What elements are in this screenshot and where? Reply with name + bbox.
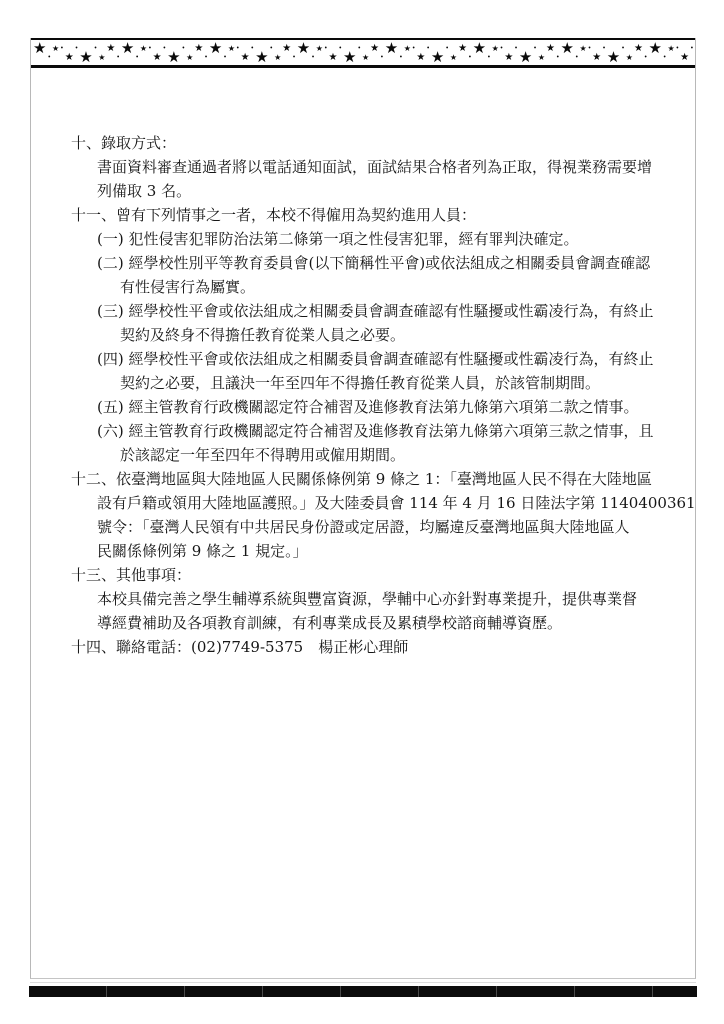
page-background: ★•★•★•★•★★•★•★•★•★•★★•★•★•★•★•★★•★•★•★•★… — [0, 0, 724, 1024]
document-line: 於該認定一年至四年不得聘用或僱用期間。 — [31, 443, 695, 467]
star-icon: • — [223, 55, 228, 61]
star-icon: ★ — [416, 53, 426, 63]
star-icon: ★ — [504, 53, 514, 63]
document-line: 十四、聯絡電話：(02)7749-5375 楊正彬心理師 — [31, 635, 695, 659]
star-icon: ★ — [153, 53, 163, 63]
star-icon: ★ — [370, 44, 380, 54]
document-line: (四) 經學校性平會或依法組成之相關委員會調查確認有性騷擾或性霸凌行為，有終止 — [31, 347, 695, 371]
star-icon: ★ — [186, 54, 194, 62]
star-icon: ★ — [343, 50, 357, 65]
star-icon: ★ — [362, 54, 370, 62]
star-icon: ★ — [648, 41, 662, 56]
star-icon: ★ — [385, 41, 399, 56]
star-icon: • — [182, 46, 187, 52]
document-line: 本校具備完善之學生輔導系統與豐富資源，學輔中心亦針對專業提升，提供專業督 — [31, 587, 695, 611]
document-line: (六) 經主管教育行政機關認定符合補習及進修教育法第九條第六項第三款之情事，且 — [31, 419, 695, 443]
star-icon: • — [135, 55, 140, 61]
document-line: 書面資料審查通過者將以電話通知面試，面試結果合格者列為正取，得視業務需要增 — [31, 155, 695, 179]
star-icon: ★ — [450, 54, 458, 62]
star-icon: ★ — [65, 53, 75, 63]
star-icon: ★ — [121, 41, 135, 56]
star-icon: ★ — [33, 41, 47, 56]
star-icon: ★ — [634, 44, 644, 54]
star-border-top: ★•★•★•★•★★•★•★•★•★•★★•★•★•★•★•★★•★•★•★•★… — [31, 38, 695, 68]
document-line: (一) 犯性侵害犯罪防治法第二條第一項之性侵害犯罪，經有罪判決確定。 — [31, 227, 695, 251]
star-icon: • — [487, 55, 492, 61]
star-icon: ★ — [228, 45, 236, 53]
star-icon: • — [357, 46, 362, 52]
star-icon: ★ — [209, 41, 223, 56]
star-icon: ★ — [297, 41, 311, 56]
star-icon: ★ — [167, 50, 181, 65]
star-icon: • — [270, 46, 275, 52]
star-icon: ★ — [546, 44, 556, 54]
star-icon: ★ — [561, 41, 575, 56]
document-line: (五) 經主管教育行政機關認定符合補習及進修教育法第九條第六項第二款之情事。 — [31, 395, 695, 419]
star-icon: ★ — [274, 54, 282, 62]
star-icon: ★ — [667, 45, 675, 53]
star-icon: ★ — [458, 44, 468, 54]
document-line: 列備取 3 名。 — [31, 179, 695, 203]
star-icon: ★ — [626, 54, 634, 62]
document-line: 契約及終身不得擔任教育從業人員之必要。 — [31, 323, 695, 347]
star-icon: ★ — [98, 54, 106, 62]
star-border-bottom — [29, 986, 697, 997]
star-icon: ★ — [316, 45, 324, 53]
star-icon: • — [533, 46, 538, 52]
document-line: 號令：「臺灣人民領有中共居民身份證或定居證，均屬違反臺灣地區與大陸地區人 — [31, 515, 695, 539]
star-icon: • — [663, 55, 668, 61]
star-icon: ★ — [282, 44, 292, 54]
document-line: (三) 經學校性平會或依法組成之相關委員會調查確認有性騷擾或性霸凌行為，有終止 — [31, 299, 695, 323]
star-icon: • — [575, 55, 580, 61]
star-icon: ★ — [241, 53, 251, 63]
document-line: 設有戶籍或領用大陸地區護照。」及大陸委員會 114 年 4 月 16 日陸法字第… — [31, 491, 695, 515]
document-frame: ★•★•★•★•★★•★•★•★•★•★★•★•★•★•★•★★•★•★•★•★… — [30, 38, 696, 979]
document-line: 十一、曾有下列情事之一者，本校不得僱用為契約進用人員： — [31, 203, 695, 227]
star-icon: ★ — [140, 45, 148, 53]
document-line: 導經費補助及各項教育訓練，有利專業成長及累積學校諮商輔導資歷。 — [31, 611, 695, 635]
star-icon: • — [399, 55, 404, 61]
star-icon: • — [621, 46, 626, 52]
star-icon: ★ — [106, 44, 116, 54]
star-icon: ★ — [473, 41, 487, 56]
star-icon: • — [445, 46, 450, 52]
document-line: 有性侵害行為屬實。 — [31, 275, 695, 299]
star-icon: ★ — [680, 53, 690, 63]
star-icon: ★ — [328, 53, 338, 63]
star-icon: ★ — [607, 50, 621, 65]
frame-bottom-rule — [30, 982, 696, 983]
star-icon: • — [311, 55, 316, 61]
document-line: 十三、其他事項： — [31, 563, 695, 587]
star-icon: ★ — [592, 53, 602, 63]
star-icon: ★ — [538, 54, 546, 62]
document-body: 十、錄取方式：書面資料審查通過者將以電話通知面試，面試結果合格者列為正取，得視業… — [31, 68, 695, 659]
star-icon: ★ — [255, 50, 269, 65]
document-line: 十、錄取方式： — [31, 131, 695, 155]
document-line: 十二、依臺灣地區與大陸地區人民關係條例第 9 條之 1：「臺灣地區人民不得在大陸… — [31, 467, 695, 491]
star-icon: ★ — [519, 50, 533, 65]
document-line: 民關係條例第 9 條之 1 規定。」 — [31, 539, 695, 563]
star-icon: • — [94, 46, 99, 52]
star-icon: ★ — [404, 45, 412, 53]
star-icon: ★ — [194, 44, 204, 54]
star-icon: ★ — [79, 50, 93, 65]
star-icon: ★ — [431, 50, 445, 65]
star-icon: ★ — [52, 45, 60, 53]
star-icon: ★ — [580, 45, 588, 53]
document-line: 契約之必要，且議決一年至四年不得擔任教育從業人員，於該管制期間。 — [31, 371, 695, 395]
star-icon: • — [47, 55, 52, 61]
document-line: (二) 經學校性別平等教育委員會(以下簡稱性平會)或依法組成之相關委員會調查確認 — [31, 251, 695, 275]
star-icon: ★ — [492, 45, 500, 53]
